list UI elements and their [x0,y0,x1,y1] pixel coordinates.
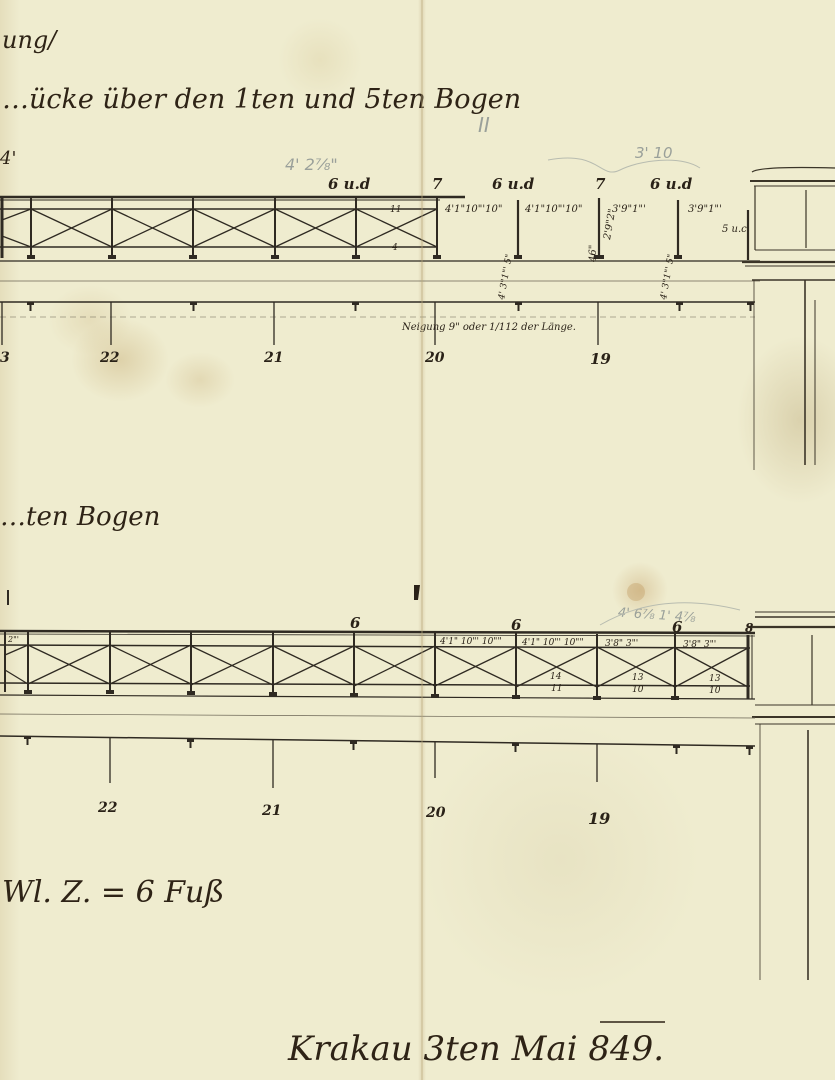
s2-cross-bottom-3: 10 [709,686,721,696]
s2-cross-top-1: 14 [550,672,562,682]
s1-station-0: 3 [0,350,10,366]
section1-title: …ücke über den 1ten und 5ten Bogen [2,84,521,115]
top-fragment-text: ung/ [2,26,59,54]
s2-post-label-4: 8 [745,621,754,635]
section1-railing [0,197,760,281]
pencil-note-right: 3' 10 [635,144,673,162]
s1-post-label-1: 6 u.d [328,175,371,193]
s1-station-1: 22 [99,350,120,366]
s2-post-label-1: 6 [350,614,361,632]
s1-post-label-4: 7 [595,175,606,193]
small-mark-bottom: 4 [391,243,398,253]
s1-dimension-2: 4'1"10"'10" [524,204,582,215]
s1-end-label: 5 u.c [722,224,747,235]
pencil-note-top: 4' 2⅞" [285,155,338,174]
small-mark-top: 11 [390,205,401,215]
s1-post-label-2: 7 [432,175,443,193]
ink-mark [414,585,420,600]
s1-dimension-1: 4'1"10"'10" [444,204,502,215]
s2-left-mark: 2"' [7,635,19,644]
s2-cross-top-2: 13 [632,673,644,683]
signature-date: Krakau 3ten Mai 849. [287,1029,664,1069]
s2-cross-top-3: 13 [709,674,721,684]
s1-post-label-3: 6 u.d [492,175,535,193]
pencil-curve [548,158,700,172]
section1-left-mark: 4' [0,148,16,169]
section1-station-axis [0,302,755,345]
scale-note: Wl. Z. = 6 Fuß [2,875,224,910]
s2-cross-bottom-2: 10 [632,685,644,695]
s1-post-label-5: 6 u.d [650,175,693,193]
s2-dimension-3: 3'8" 3"' [605,639,638,649]
s2-station-4: 19 [588,809,610,828]
s1-dimension-4: 3'9"1"' [688,204,722,215]
pencil-note-section2: 4' 6⅞ 1' 4⅞ [617,605,696,625]
section2-station-axis [0,736,755,788]
s2-dimension-2: 4'1" 10"' 10"" [521,638,584,648]
s1-vertical-dim-2: 46" [588,245,599,263]
section1-roman-numeral: II [478,113,490,137]
s2-cross-bottom-1: 11 [551,684,562,694]
s2-post-label-2: 6 [511,616,522,634]
slope-note: Neigung 9" oder 1/112 der Länge. [401,322,576,333]
ink-stain [627,583,645,601]
pier-structure [742,168,835,981]
s1-station-4: 19 [590,350,611,368]
s1-station-3: 20 [424,350,445,366]
s1-vertical-dim-3: 2'9"2" [602,208,618,241]
drawing-canvas: ung/ …ücke über den 1ten und 5ten Bogen … [0,0,835,1080]
s2-station-2: 21 [261,803,281,819]
s2-station-1: 22 [97,800,118,816]
s2-post-label-3: 6 [672,618,683,636]
s2-station-3: 20 [425,805,446,821]
s1-station-2: 21 [263,350,283,366]
section2-title: …ten Bogen [0,502,160,532]
s2-dimension-4: 3'8" 3"' [683,640,716,650]
s2-dimension-1: 4'1" 10"' 10"" [439,637,502,647]
